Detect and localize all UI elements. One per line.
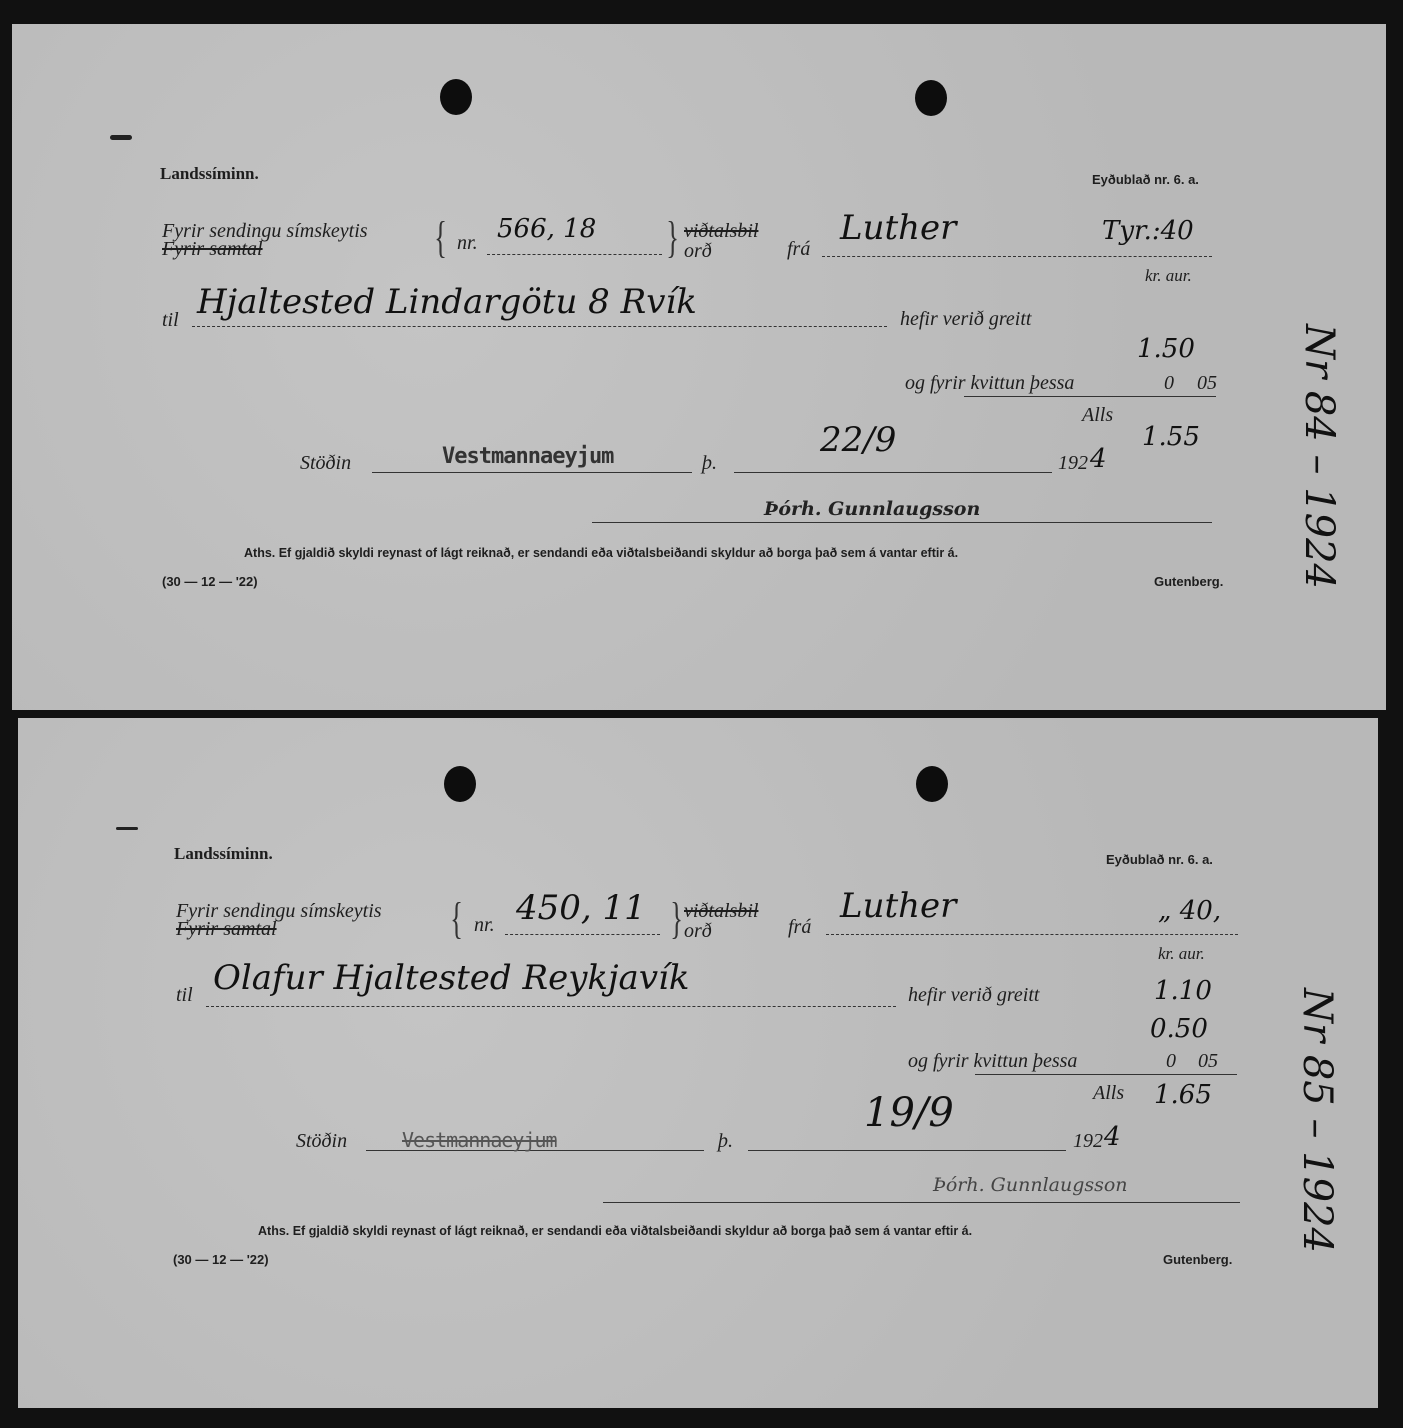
label-nr: nr. (474, 914, 495, 937)
header-title: Landssíminn. (160, 164, 259, 184)
from-line (826, 934, 1238, 935)
label-to: til (162, 309, 179, 332)
station-stamp: Vestmannaeyjum (442, 444, 613, 469)
brace-right: } (670, 893, 683, 944)
label-paid: hefir verið greitt (908, 984, 1039, 1007)
year-suffix: 4 (1104, 1122, 1121, 1152)
date-value: 22/9 (820, 420, 896, 460)
label-call: Fyrir samtal (162, 238, 263, 261)
from-line (822, 256, 1212, 257)
label-from: frá (788, 916, 811, 939)
paid-amount: 1.50 (1137, 334, 1195, 364)
note: Aths. Ef gjaldið skyldi reynast of lágt … (258, 1224, 972, 1238)
label-currency: kr. aur. (1158, 944, 1205, 964)
fee-line (964, 396, 1216, 397)
date-value: 19/9 (864, 1090, 954, 1136)
total: 1.65 (1154, 1080, 1212, 1110)
signature-line (603, 1202, 1240, 1203)
label-from: frá (787, 238, 810, 261)
nr-line (487, 254, 662, 255)
year-prefix: 192 (1073, 1130, 1103, 1153)
receipt-fee-aur: 05 (1198, 1050, 1218, 1073)
from-extra: Tyr.:40 (1102, 216, 1194, 246)
signature-line (592, 522, 1212, 523)
signature: Þórh. Gunnlaugsson (764, 498, 980, 520)
to-line (206, 1006, 896, 1007)
label-words: orð (684, 240, 712, 263)
from-value: Luther (840, 886, 956, 926)
label-receipt-fee: og fyrir kvittun þessa (905, 372, 1074, 395)
to-value: Olafur Hjaltested Reykjavík (213, 958, 690, 998)
label-receipt-fee: og fyrir kvittun þessa (908, 1050, 1077, 1073)
label-date: þ. (718, 1130, 733, 1153)
label-currency: kr. aur. (1145, 266, 1192, 286)
from-value: Luther (840, 208, 956, 248)
margin-note: Nr 84 – 1924 (1296, 324, 1342, 589)
nr-value: 450, 11 (516, 888, 646, 928)
note: Aths. Ef gjaldið skyldi reynast of lágt … (244, 546, 958, 560)
label-date: þ. (702, 452, 717, 475)
brace-left: { (450, 893, 463, 944)
label-paid: hefir verið greitt (900, 308, 1031, 331)
date-line (748, 1150, 1066, 1151)
signature: Þórh. Gunnlaugsson (933, 1174, 1128, 1196)
total: 1.55 (1142, 422, 1200, 452)
punch-hole-left (444, 766, 476, 802)
paid-amount: 1.10 (1154, 976, 1212, 1006)
station-stamp: Vestmannaeyjum (402, 1128, 557, 1152)
label-nr: nr. (457, 232, 478, 255)
label-station: Stöðin (296, 1130, 347, 1153)
year-suffix: 4 (1090, 444, 1107, 474)
form-number: Eyðublað nr. 6. a. (1092, 172, 1199, 187)
print-date: (30 — 12 — '22) (162, 574, 258, 589)
nr-line (505, 934, 660, 935)
punch-hole-right (916, 766, 948, 802)
from-extra: „ 40, (1158, 896, 1221, 926)
year-prefix: 192 (1058, 452, 1088, 475)
receipt-fee-aur: 05 (1197, 372, 1217, 395)
label-station: Stöðin (300, 452, 351, 475)
brace-left: { (434, 212, 447, 263)
label-words: orð (684, 920, 712, 943)
margin-mark (116, 827, 138, 830)
to-value: Hjaltested Lindargötu 8 Rvík (197, 282, 697, 322)
label-total: Alls (1082, 404, 1113, 427)
punch-hole-right (915, 80, 947, 116)
fee-line (975, 1074, 1237, 1075)
label-to: til (176, 984, 193, 1007)
printer: Gutenberg. (1154, 574, 1223, 589)
printer: Gutenberg. (1163, 1252, 1232, 1267)
header-title: Landssíminn. (174, 844, 273, 864)
punch-hole-left (440, 79, 472, 115)
station-line (372, 472, 692, 473)
receipt-sheet-1: Landssíminn. Eyðublað nr. 6. a. Fyrir se… (12, 24, 1386, 710)
print-date: (30 — 12 — '22) (173, 1252, 269, 1267)
form-number: Eyðublað nr. 6. a. (1106, 852, 1213, 867)
margin-mark (110, 135, 132, 140)
receipt-fee-kr: 0 (1164, 372, 1174, 395)
date-line (734, 472, 1052, 473)
label-call: Fyrir samtal (176, 918, 277, 941)
margin-note: Nr 85 – 1924 (1294, 988, 1340, 1253)
paid-amount-2: 0.50 (1150, 1014, 1208, 1044)
nr-value: 566, 18 (497, 214, 596, 244)
to-line (192, 326, 887, 327)
receipt-fee-kr: 0 (1166, 1050, 1176, 1073)
receipt-sheet-2: Landssíminn. Eyðublað nr. 6. a. Fyrir se… (18, 718, 1378, 1408)
label-total: Alls (1093, 1082, 1124, 1105)
brace-right: } (666, 212, 679, 263)
